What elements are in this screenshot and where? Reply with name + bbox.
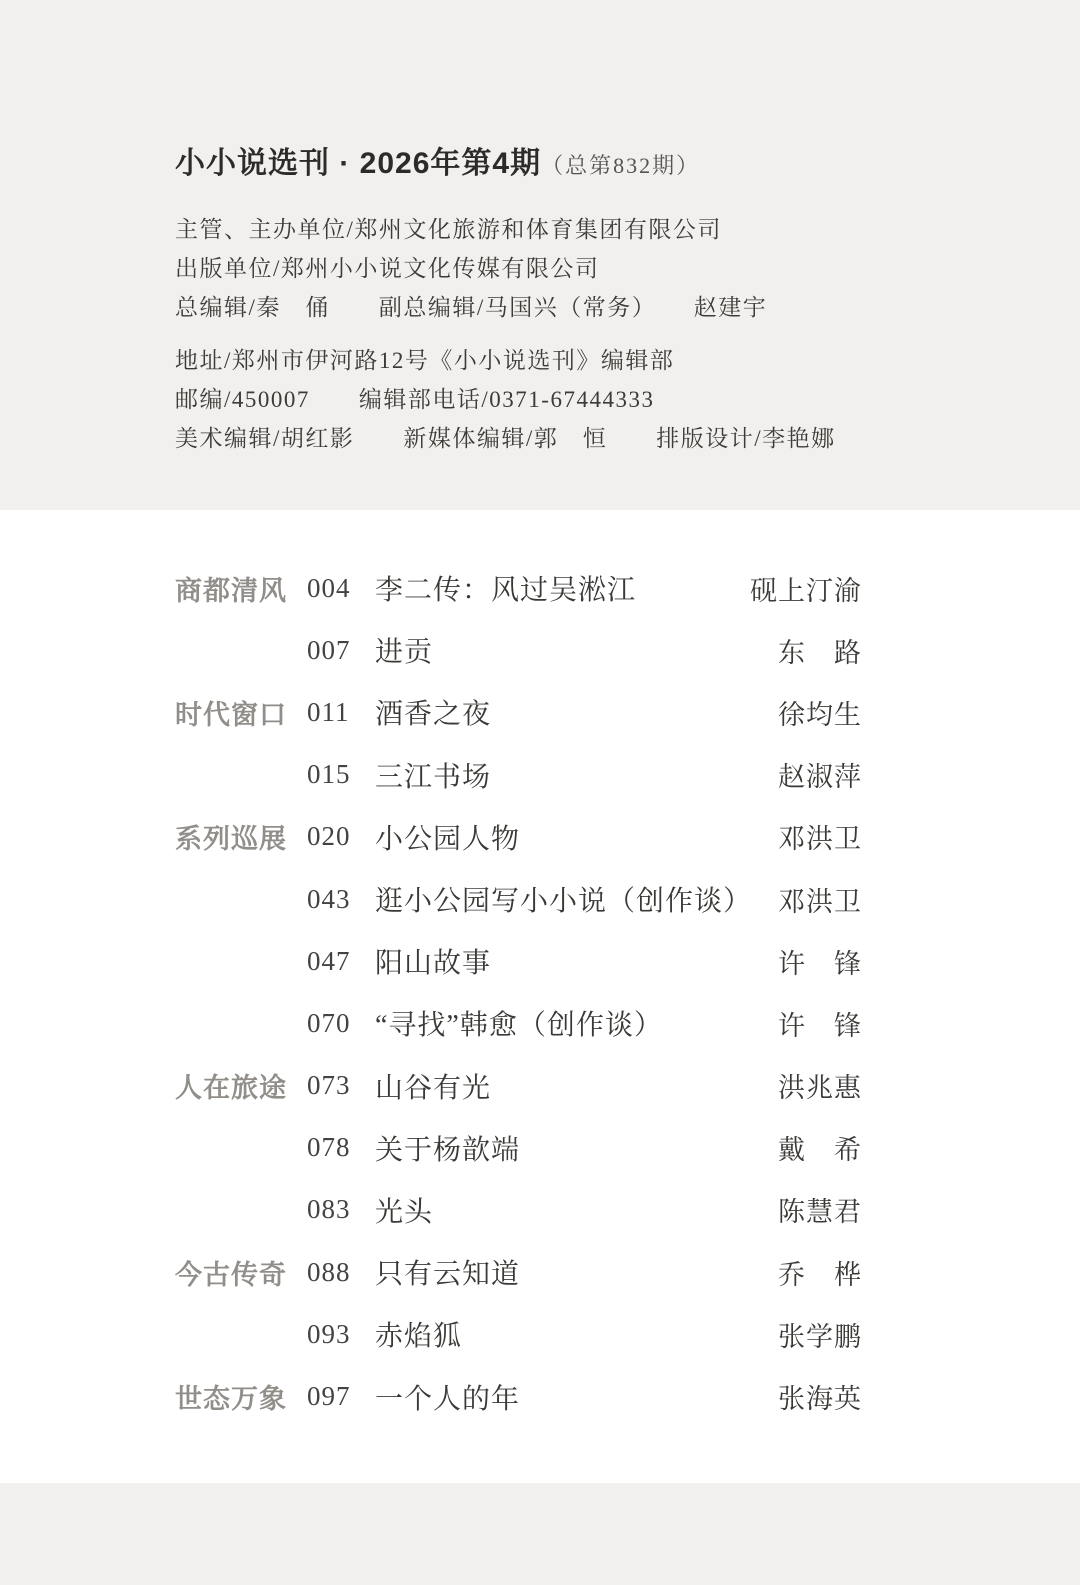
toc-author: 乔 桦 (778, 1253, 862, 1292)
toc-page-number: 073 (307, 1070, 375, 1101)
toc-author: 陈慧君 (778, 1190, 862, 1229)
toc-article-title: 山谷有光 (375, 1066, 778, 1106)
toc-author: 洪兆惠 (778, 1066, 862, 1105)
toc-section-label: 时代窗口 (175, 693, 307, 732)
masthead-line: 地址/郑州市伊河路12号《小小说选刊》编辑部 (175, 341, 1020, 380)
toc-article-title: 赤焰狐 (375, 1314, 778, 1354)
toc-page-number: 015 (307, 759, 375, 790)
toc-author: 戴 希 (778, 1128, 862, 1167)
toc-row: 070 “寻找”韩愈（创作谈） 许 锋 (175, 992, 862, 1054)
toc-section-label: 世态万象 (175, 1377, 307, 1416)
toc-page-number: 088 (307, 1257, 375, 1288)
page: 小小说选刊 · 2026年第4期（总第832期） 主管、主办单位/郑州文化旅游和… (0, 0, 1080, 1585)
toc-author: 张学鹏 (778, 1315, 862, 1354)
masthead-line: 总编辑/秦 俑 副总编辑/马国兴（常务） 赵建宇 (175, 288, 1020, 327)
toc-article-title: 小公园人物 (375, 817, 778, 857)
toc-article-title: 三江书场 (375, 755, 778, 795)
toc-row: 世态万象 097 一个人的年 张海英 (175, 1365, 862, 1427)
toc-page-number: 043 (307, 884, 375, 915)
toc-section-label: 商都清风 (175, 569, 307, 608)
toc-row: 015 三江书场 赵淑萍 (175, 744, 862, 806)
toc-row: 083 光头 陈慧君 (175, 1179, 862, 1241)
toc-author: 邓洪卫 (778, 880, 862, 919)
toc-article-title: 李二传：风过吴淞江 (375, 568, 750, 608)
toc-article-title: 光头 (375, 1190, 778, 1230)
toc-author: 许 锋 (778, 1004, 862, 1043)
toc-row: 078 关于杨歆端 戴 希 (175, 1117, 862, 1179)
toc-article-title: 一个人的年 (375, 1377, 778, 1417)
toc-page-number: 047 (307, 946, 375, 977)
toc-page-number: 011 (307, 697, 375, 728)
toc-article-title: 进贡 (375, 630, 778, 670)
toc-page-number: 004 (307, 573, 375, 604)
toc-author: 邓洪卫 (778, 817, 862, 856)
magazine-title: 小小说选刊 · 2026年第4期（总第832期） (175, 146, 1020, 184)
toc-section-label: 系列巡展 (175, 817, 307, 856)
toc-row: 007 进贡 东 路 (175, 619, 862, 681)
toc-section-label: 人在旅途 (175, 1066, 307, 1105)
masthead-publisher-info: 主管、主办单位/郑州文化旅游和体育集团有限公司出版单位/郑州小小说文化传媒有限公… (175, 210, 1020, 327)
table-of-contents: 商都清风 004 李二传：风过吴淞江 砚上汀渝 007 进贡 东 路 时代窗口 … (0, 510, 1080, 1483)
masthead-line: 美术编辑/胡红影 新媒体编辑/郭 恒 排版设计/李艳娜 (175, 419, 1020, 458)
toc-row: 今古传奇 088 只有云知道 乔 桦 (175, 1241, 862, 1303)
toc-row: 093 赤焰狐 张学鹏 (175, 1303, 862, 1365)
toc-row: 047 阳山故事 许 锋 (175, 930, 862, 992)
toc-row: 时代窗口 011 酒香之夜 徐均生 (175, 681, 862, 743)
toc-page-number: 083 (307, 1194, 375, 1225)
masthead-line: 主管、主办单位/郑州文化旅游和体育集团有限公司 (175, 210, 1020, 249)
magazine-issue-total: （总第832期） (541, 153, 700, 178)
toc-page-number: 078 (307, 1132, 375, 1163)
toc-author: 张海英 (778, 1377, 862, 1416)
magazine-toc-page: { "masthead": { "title": "小小说选刊 · 2026年第… (0, 0, 1080, 1585)
masthead-line: 邮编/450007 编辑部电话/0371-67444333 (175, 380, 1020, 419)
masthead-line: 出版单位/郑州小小说文化传媒有限公司 (175, 249, 1020, 288)
toc-page-number: 070 (307, 1008, 375, 1039)
toc-page-number: 007 (307, 635, 375, 666)
toc-page-number: 020 (307, 821, 375, 852)
toc-article-title: 只有云知道 (375, 1252, 778, 1292)
toc-row: 商都清风 004 李二传：风过吴淞江 砚上汀渝 (175, 557, 862, 619)
toc-author: 许 锋 (778, 942, 862, 981)
toc-row: 人在旅途 073 山谷有光 洪兆惠 (175, 1055, 862, 1117)
toc-page-number: 093 (307, 1319, 375, 1350)
toc-article-title: 阳山故事 (375, 941, 778, 981)
toc-article-title: 逛小公园写小小说（创作谈） (375, 879, 778, 919)
toc-row: 系列巡展 020 小公园人物 邓洪卫 (175, 806, 862, 868)
bottom-gray-band (0, 1483, 1080, 1585)
toc-author: 砚上汀渝 (750, 569, 862, 608)
masthead-contact-info: 地址/郑州市伊河路12号《小小说选刊》编辑部邮编/450007 编辑部电话/03… (175, 341, 1020, 458)
toc-article-title: 酒香之夜 (375, 692, 778, 732)
masthead-section: 小小说选刊 · 2026年第4期（总第832期） 主管、主办单位/郑州文化旅游和… (0, 0, 1080, 510)
toc-article-title: “寻找”韩愈（创作谈） (375, 1003, 778, 1043)
toc-section-label: 今古传奇 (175, 1253, 307, 1292)
magazine-title-main: 小小说选刊 · 2026年第4期 (175, 147, 541, 180)
toc-author: 东 路 (778, 631, 862, 670)
toc-author: 徐均生 (778, 693, 862, 732)
toc-row: 043 逛小公园写小小说（创作谈） 邓洪卫 (175, 868, 862, 930)
toc-author: 赵淑萍 (778, 755, 862, 794)
toc-article-title: 关于杨歆端 (375, 1128, 778, 1168)
toc-rows: 商都清风 004 李二传：风过吴淞江 砚上汀渝 007 进贡 东 路 时代窗口 … (175, 557, 862, 1428)
toc-page-number: 097 (307, 1381, 375, 1412)
